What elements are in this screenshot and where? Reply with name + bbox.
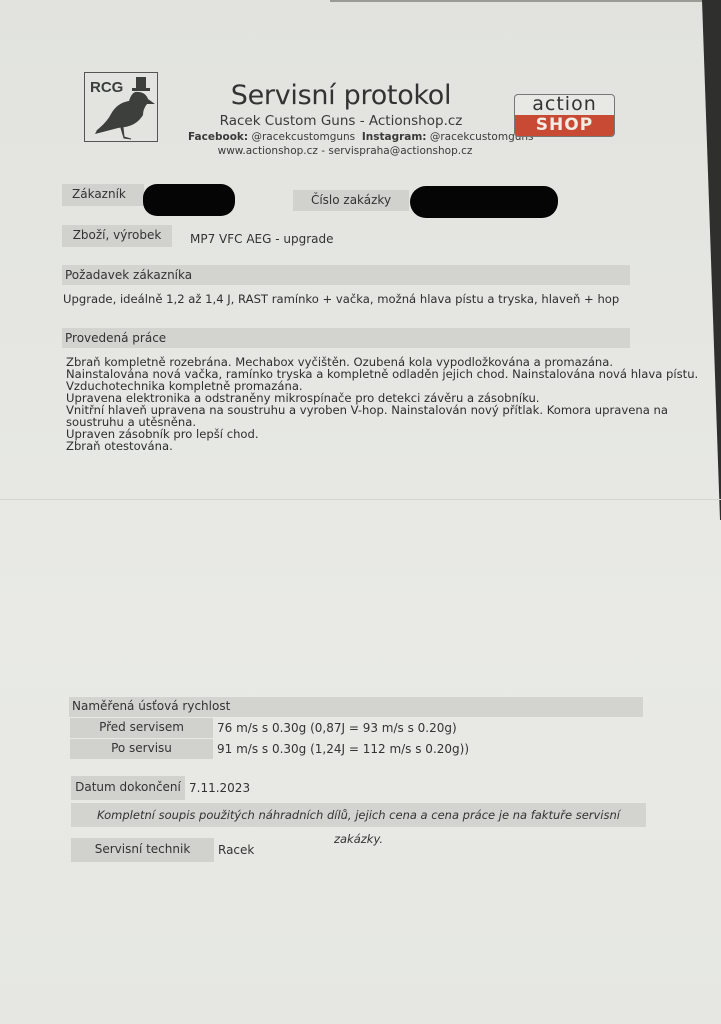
completion-date-value: 7.11.2023 xyxy=(189,781,250,795)
technician-value: Racek xyxy=(218,843,254,857)
completion-date-label: Datum dokončení xyxy=(71,776,185,800)
actionshop-logo-top: action xyxy=(515,94,614,115)
after-service-label: Po servisu xyxy=(70,739,213,759)
request-heading: Požadavek zákazníka xyxy=(62,265,630,285)
invoice-note: Kompletní soupis použitých náhradních dí… xyxy=(71,803,646,827)
technician-label: Servisní technik xyxy=(71,838,214,862)
work-text: Zbraň kompletně rozebrána. Mechabox vyči… xyxy=(66,356,698,452)
product-label: Zboží, výrobek xyxy=(62,225,172,247)
request-text: Upgrade, ideálně 1,2 až 1,4 J, RAST ramí… xyxy=(63,293,619,305)
actionshop-logo: action SHOP xyxy=(514,94,615,137)
instagram-label: Instagram: xyxy=(362,131,427,143)
work-line: Zbraň otestována. xyxy=(66,440,698,452)
contact-line: www.actionshop.cz - servispraha@actionsh… xyxy=(0,145,690,157)
customer-label: Zákazník xyxy=(62,184,144,206)
product-value: MP7 VFC AEG - upgrade xyxy=(190,232,334,246)
facebook-handle: @racekcustomguns xyxy=(251,131,355,143)
facebook-label: Facebook: xyxy=(188,131,248,143)
actionshop-logo-bottom: SHOP xyxy=(515,115,614,136)
photo-background-top xyxy=(330,0,703,2)
social-links: Facebook: @racekcustomguns Instagram: @r… xyxy=(188,131,534,143)
paper-fold-line xyxy=(0,499,721,500)
order-number-label: Číslo zakázky xyxy=(293,190,409,211)
before-service-label: Před servisem xyxy=(70,718,213,738)
velocity-heading: Naměřená úsťová rychlost xyxy=(69,697,643,717)
customer-value-redacted xyxy=(143,184,235,216)
before-service-value: 76 m/s s 0.30g (0,87J = 93 m/s s 0.20g) xyxy=(217,721,457,735)
work-heading: Provedená práce xyxy=(62,328,630,348)
order-number-value-redacted xyxy=(410,186,558,218)
after-service-value: 91 m/s s 0.30g (1,24J = 112 m/s s 0.20g)… xyxy=(217,742,469,756)
